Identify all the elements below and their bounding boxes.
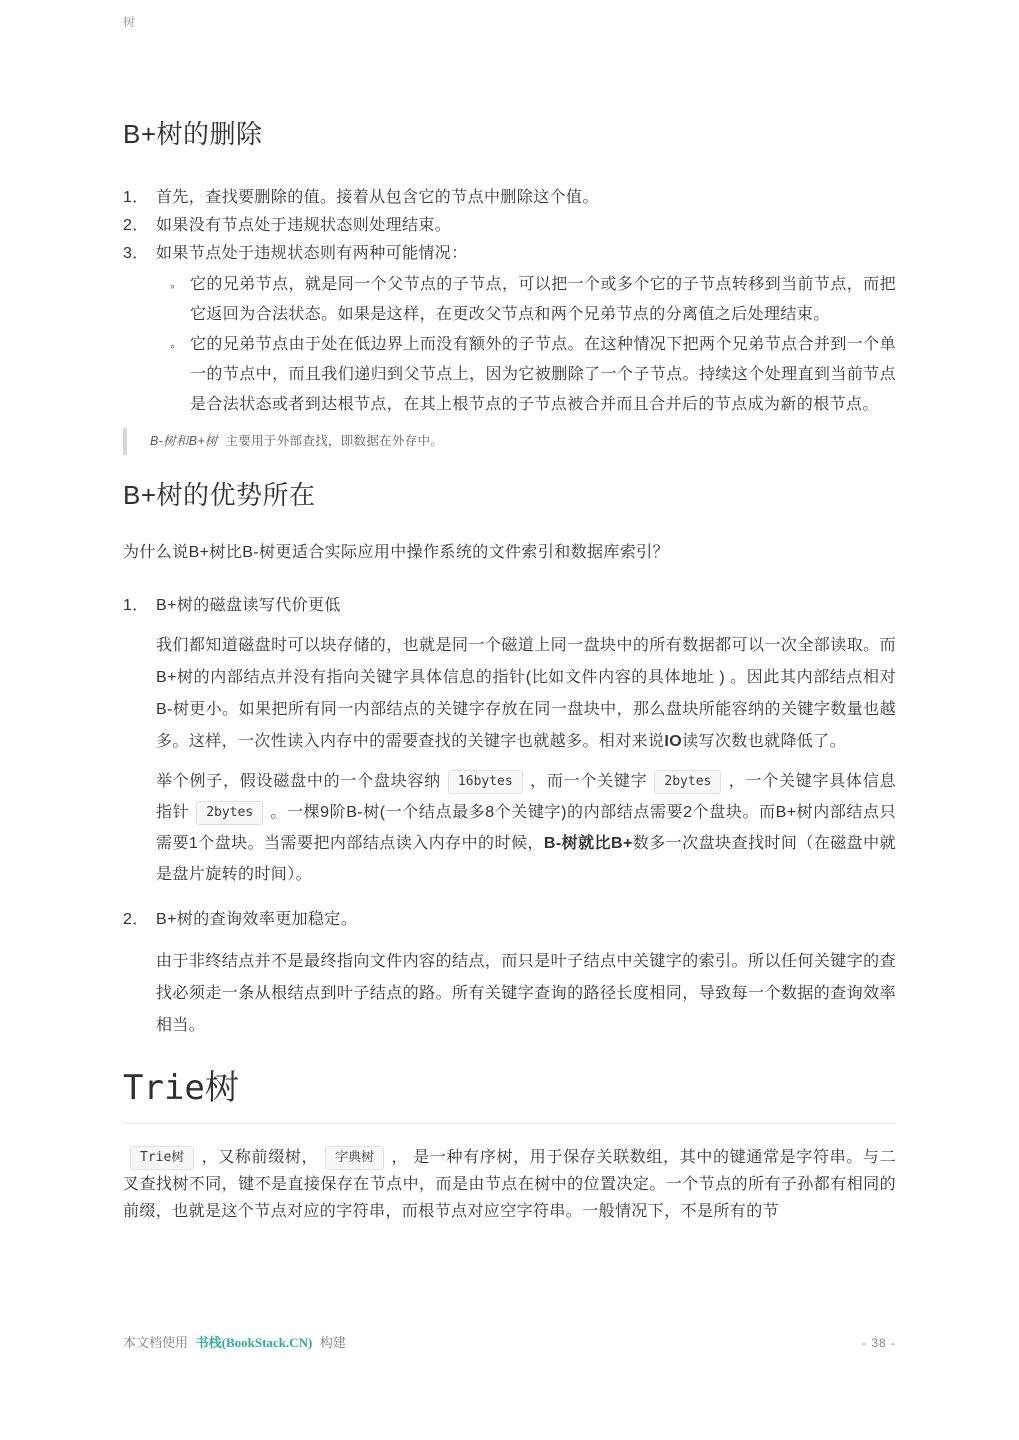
delete-cases-sublist: ◦ 它的兄弟节点，就是同一个父节点的子节点，可以把一个或多个它的子节点转移到当前…	[156, 270, 896, 420]
paragraph: 举个例子，假设磁盘中的一个盘块容纳16bytes，而一个关键字2bytes，一个…	[156, 766, 896, 890]
heading-bplus-delete: B+树的删除	[123, 120, 896, 150]
inline-code-2bytes: 2bytes	[654, 770, 721, 794]
sublist-item: ◦ 它的兄弟节点，就是同一个父节点的子节点，可以把一个或多个它的子节点转移到当前…	[156, 270, 896, 330]
list-item: 1． 首先，查找要删除的值。接着从包含它的节点中删除这个值。	[123, 184, 896, 212]
footer-prefix-text: 本文档使用	[123, 1335, 188, 1350]
paragraph-text: ，而一个关键字	[530, 773, 648, 790]
list-item-title: B+树的查询效率更加稳定。	[156, 906, 357, 934]
list-item: 2． B+树的查询效率更加稳定。	[123, 906, 896, 934]
heading-bplus-advantage: B+树的优势所在	[123, 481, 896, 511]
open-circle-bullet-icon: ◦	[170, 271, 190, 301]
inline-code-2bytes: 2bytes	[196, 801, 263, 825]
list-number: 2．	[123, 906, 156, 934]
bookstack-link[interactable]: 书栈(BookStack.CN)	[196, 1335, 313, 1350]
list-number: 1．	[123, 592, 156, 620]
open-circle-bullet-icon: ◦	[170, 331, 190, 361]
paragraph: 我们都知道磁盘时可以块存储的，也就是同一个磁道上同一盘块中的所有数据都可以一次全…	[156, 630, 896, 758]
advantage-item2-detail: 由于非终结点并不是最终指向文件内容的结点，而只是叶子结点中关键字的索引。所以任何…	[156, 946, 896, 1042]
page-content: 树 B+树的删除 1． 首先，查找要删除的值。接着从包含它的节点中删除这个值。 …	[0, 0, 1019, 1225]
sublist-item: ◦ 它的兄弟节点由于处在低边界上而没有额外的子节点。在这种情况下把两个兄弟节点合…	[156, 330, 896, 420]
paragraph: 由于非终结点并不是最终指向文件内容的结点，而只是叶子结点中关键字的索引。所以任何…	[156, 946, 896, 1042]
list-number: 2．	[123, 212, 156, 240]
list-item-text: 如果节点处于违规状态则有两种可能情况：	[156, 240, 896, 268]
heading-trie-tree: Trie树	[123, 1068, 896, 1124]
advantage-list: 1． B+树的磁盘读写代价更低 我们都知道磁盘时可以块存储的，也就是同一个磁道上…	[123, 592, 896, 1042]
footer-build-note: 本文档使用 书栈(BookStack.CN) 构建	[123, 1332, 346, 1351]
inline-code-trie: Trie树	[130, 1146, 194, 1170]
page-number: - 38 -	[862, 1336, 896, 1350]
document-page: 树 B+树的删除 1． 首先，查找要删除的值。接着从包含它的节点中删除这个值。 …	[0, 0, 1019, 1440]
list-number: 1．	[123, 184, 156, 212]
bold-text: B-树就比B+	[544, 835, 633, 852]
list-item-body: 如果节点处于违规状态则有两种可能情况： ◦ 它的兄弟节点，就是同一个父节点的子节…	[156, 240, 896, 420]
list-item-text: 如果没有节点处于违规状态则处理结束。	[156, 212, 451, 240]
list-item-title: B+树的磁盘读写代价更低	[156, 592, 341, 620]
blockquote-text: 主要用于外部查找，即数据在外存中。	[226, 434, 444, 448]
footer-suffix-text: 构建	[320, 1335, 346, 1350]
list-number: 3．	[123, 240, 156, 268]
advantage-item1-detail: 我们都知道磁盘时可以块存储的，也就是同一个磁道上同一盘块中的所有数据都可以一次全…	[156, 630, 896, 890]
sublist-item-text: 它的兄弟节点由于处在低边界上而没有额外的子节点。在这种情况下把两个兄弟节点合并到…	[190, 330, 896, 420]
paragraph-text: ，又称前缀树，	[201, 1149, 318, 1166]
page-footer: 本文档使用 书栈(BookStack.CN) 构建 - 38 -	[123, 1332, 896, 1351]
blockquote-emphasis: B-树和B+树	[150, 434, 218, 448]
paragraph-text: 举个例子，假设磁盘中的一个盘块容纳	[156, 773, 441, 790]
list-item: 3． 如果节点处于违规状态则有两种可能情况： ◦ 它的兄弟节点，就是同一个父节点…	[123, 240, 896, 420]
note-blockquote: B-树和B+树 主要用于外部查找，即数据在外存中。	[123, 428, 896, 455]
list-item-text: 首先，查找要删除的值。接着从包含它的节点中删除这个值。	[156, 184, 599, 212]
advantage-intro-paragraph: 为什么说B+树比B-树更适合实际应用中操作系统的文件索引和数据库索引？	[123, 539, 896, 566]
trie-intro-paragraph: Trie树，又称前缀树，字典树， 是一种有序树，用于保存关联数组，其中的键通常是…	[123, 1144, 896, 1225]
inline-code-16bytes: 16bytes	[448, 770, 523, 794]
sublist-item-text: 它的兄弟节点，就是同一个父节点的子节点，可以把一个或多个它的子节点转移到当前节点…	[190, 270, 896, 330]
list-item: 1． B+树的磁盘读写代价更低	[123, 592, 896, 620]
inline-code-dictionary-tree: 字典树	[325, 1146, 384, 1170]
doc-header-label: 树	[123, 14, 896, 31]
delete-steps-list: 1． 首先，查找要删除的值。接着从包含它的节点中删除这个值。 2． 如果没有节点…	[123, 184, 896, 420]
bold-text: IO	[664, 733, 682, 750]
list-item: 2． 如果没有节点处于违规状态则处理结束。	[123, 212, 896, 240]
paragraph-text: 读写次数也就降低了。	[682, 733, 846, 750]
